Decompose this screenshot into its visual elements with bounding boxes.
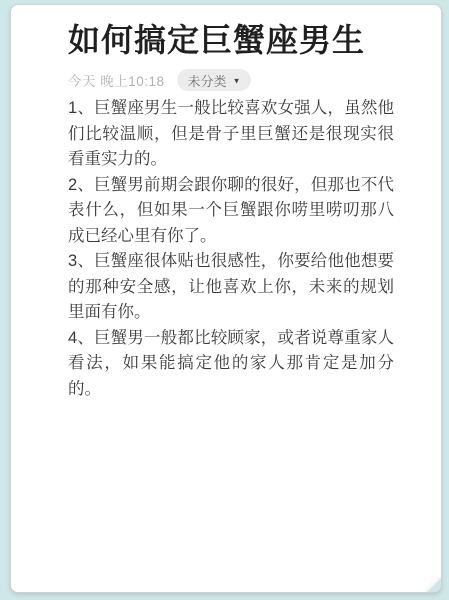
- note-card: 如何搞定巨蟹座男生 今天 晚上10:18 未分类 ▼ 1、巨蟹座男生一般比较喜欢…: [10, 4, 442, 593]
- app-background: 如何搞定巨蟹座男生 今天 晚上10:18 未分类 ▼ 1、巨蟹座男生一般比较喜欢…: [0, 0, 449, 600]
- note-meta-row: 今天 晚上10:18 未分类 ▼: [68, 69, 389, 91]
- note-paragraph-1: 1、巨蟹座男生一般比较喜欢女强人，虽然他们比较温顺，但是骨子里巨蟹还是很现实很看…: [68, 96, 394, 173]
- note-paragraph-2: 2、巨蟹男前期会跟你聊的很好，但那也不代表什么，但如果一个巨蟹跟你唠里唠叨那八成…: [68, 173, 394, 250]
- note-timestamp: 今天 晚上10:18: [68, 70, 165, 90]
- chevron-down-icon: ▼: [233, 76, 241, 85]
- note-body: 1、巨蟹座男生一般比较喜欢女强人，虽然他们比较温顺，但是骨子里巨蟹还是很现实很看…: [68, 96, 394, 402]
- note-title: 如何搞定巨蟹座男生: [68, 20, 389, 60]
- category-selector[interactable]: 未分类 ▼: [177, 69, 252, 91]
- page-curl-decoration: [426, 577, 442, 593]
- note-paragraph-3: 3、巨蟹座很体贴也很感性，你要给他他想要的那种安全感，让他喜欢上你，未来的规划里…: [68, 249, 394, 326]
- note-paragraph-4: 4、巨蟹男一般都比较顾家，或者说尊重家人看法，如果能搞定他的家人那肯定是加分的。: [68, 326, 394, 403]
- category-label: 未分类: [188, 71, 227, 90]
